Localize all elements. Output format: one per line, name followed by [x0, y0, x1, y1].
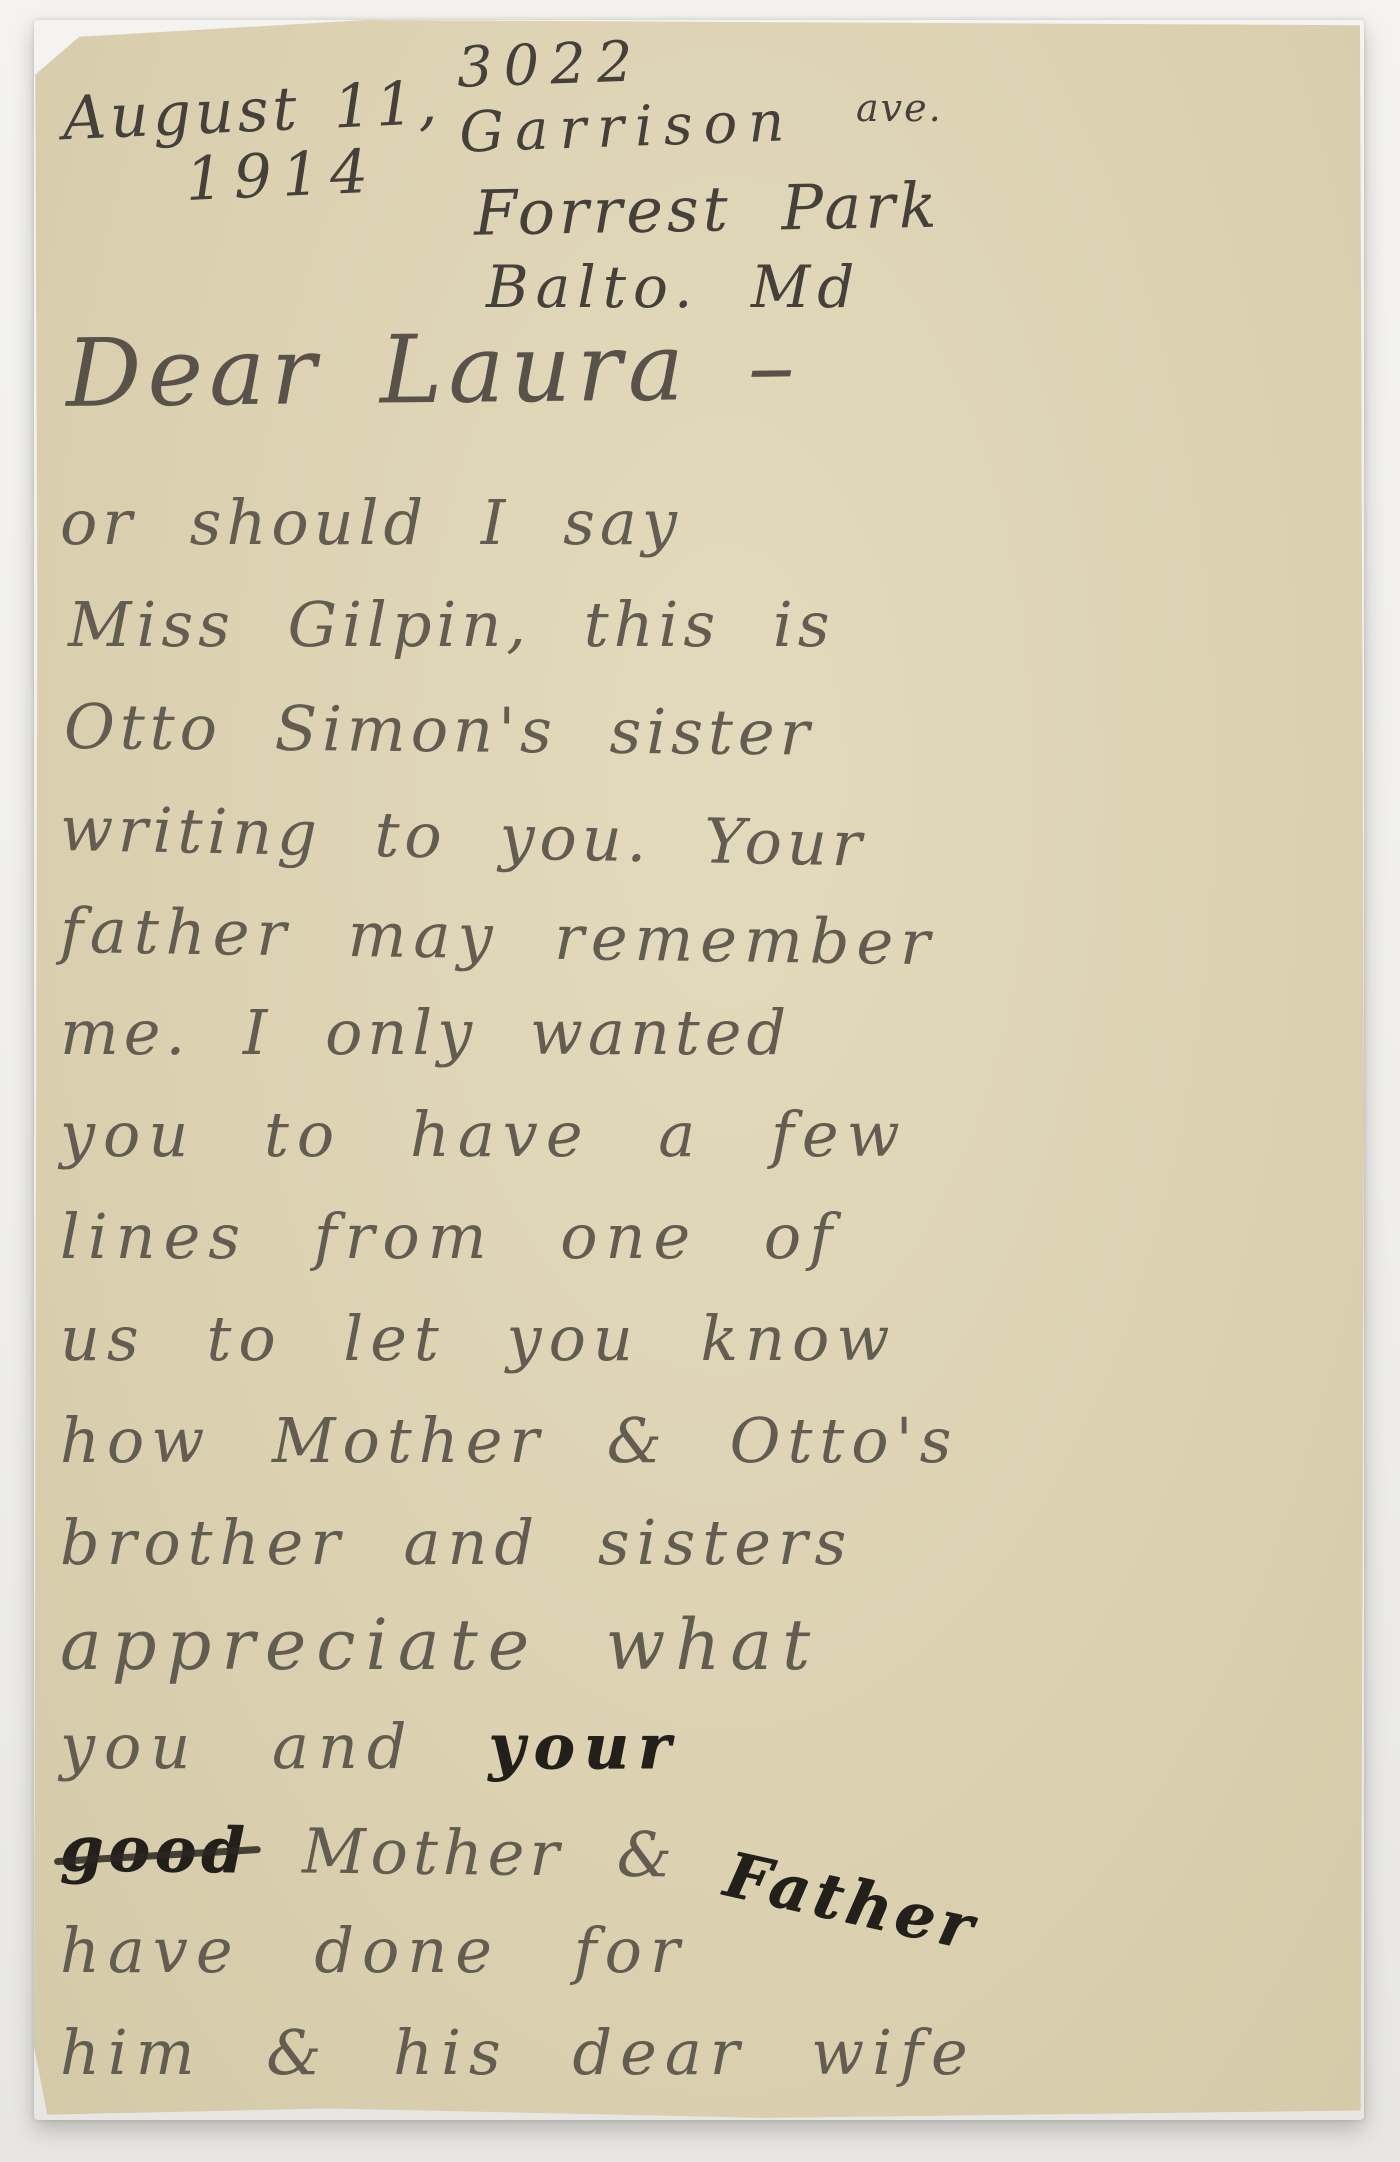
body-line: him & his dear wife [60, 2002, 1370, 2104]
address-block: 3022 Garrison ave. Forrest Park Balto. M… [458, 26, 1018, 321]
emphasis-overwritten-word: your [488, 1710, 679, 1783]
letter-body: or should I say Miss Gilpin, this is Ott… [60, 472, 1370, 2104]
body-line-emphasis: you and your [60, 1696, 1370, 1798]
address-neighborhood: Forrest Park [473, 167, 1018, 249]
body-line: have done for [60, 1900, 1370, 2002]
address-city-state: Balto. Md [486, 253, 1018, 321]
paper-shadow: August 11, 1914 3022 Garrison ave. Forre… [34, 20, 1364, 2120]
letter-paper: August 11, 1914 3022 Garrison ave. Forre… [34, 20, 1364, 2120]
body-line: Otto Simon's sister [64, 676, 1371, 789]
body-line: appreciate what [60, 1594, 1370, 1696]
date-year: 1914 [184, 134, 445, 215]
address-ave-abbrev: ave. [856, 86, 943, 130]
struck-out-word: good [59, 1798, 249, 1902]
body-line: lines from one of [60, 1186, 1370, 1288]
body-line: us to let you know [60, 1288, 1370, 1390]
body-line: father may remember [59, 880, 1370, 1000]
scanned-letter-photo: August 11, 1914 3022 Garrison ave. Forre… [0, 0, 1400, 2162]
body-line: you to have a few [60, 1084, 1370, 1186]
emphasis-prefix: you and [60, 1710, 488, 1783]
body-line: brother and sisters [60, 1492, 1370, 1594]
corrected-middle-text: Mother & [249, 1814, 730, 1892]
body-line: Miss Gilpin, this is [68, 574, 1370, 676]
salutation: Dear Laura – [65, 312, 801, 429]
date-block: August 11, 1914 [61, 68, 445, 220]
body-line: how Mother & Otto's [60, 1390, 1370, 1492]
body-line-corrected: good Mother & Father [59, 1798, 1370, 1914]
body-line: or should I say [60, 472, 1370, 574]
